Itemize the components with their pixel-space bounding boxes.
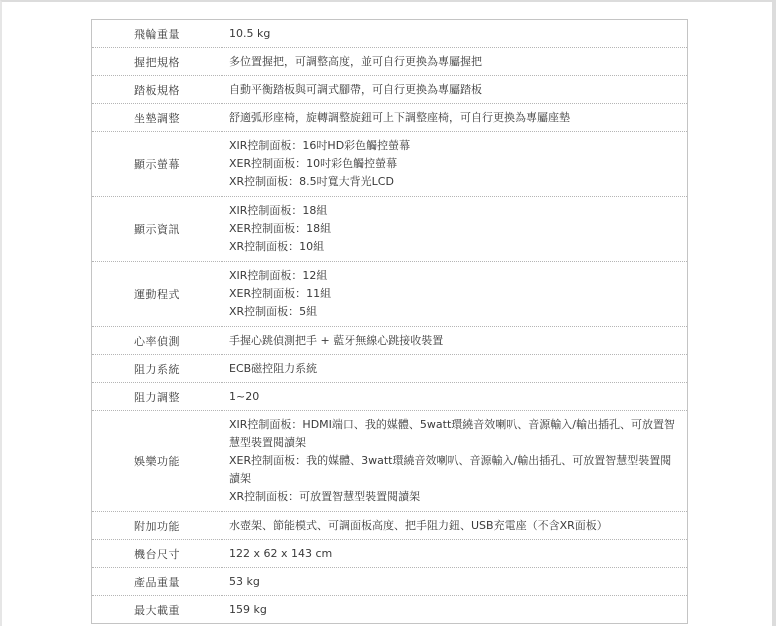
spec-value-line: XIR控制面板：16吋HD彩色觸控螢幕 (229, 137, 675, 155)
spec-value: 122 x 62 x 143 cm (222, 540, 688, 568)
spec-table: 飛輪重量 10.5 kg 握把規格 多位置握把，可調整高度，並可自行更換為專屬握… (91, 19, 688, 624)
spec-value-line: XIR控制面板：12組 (229, 267, 675, 285)
table-row-grip-spec: 握把規格 多位置握把，可調整高度，並可自行更換為專屬握把 (92, 48, 688, 76)
spec-label: 最大載重 (92, 596, 223, 624)
spec-label: 阻力系統 (92, 355, 223, 383)
spec-label: 機台尺寸 (92, 540, 223, 568)
spec-value-line: XER控制面板：18組 (229, 220, 675, 238)
spec-label: 踏板規格 (92, 76, 223, 104)
spec-label: 阻力調整 (92, 383, 223, 411)
spec-value-line: XR控制面板：5組 (229, 303, 675, 321)
spec-value: 1~20 (222, 383, 688, 411)
spec-value: 自動平衡踏板與可調式腳帶，可自行更換為專屬踏板 (222, 76, 688, 104)
table-row-product-weight: 產品重量 53 kg (92, 568, 688, 596)
spec-value-line: XER控制面板：10吋彩色觸控螢幕 (229, 155, 675, 173)
spec-value-line: 122 x 62 x 143 cm (229, 545, 675, 563)
spec-label: 顯示資訊 (92, 197, 223, 262)
spec-label: 顯示螢幕 (92, 132, 223, 197)
table-row-entertainment: 娛樂功能 XIR控制面板：HDMI端口、我的媒體、5watt環繞音效喇叭、音源輸… (92, 411, 688, 512)
table-row-pedal-spec: 踏板規格 自動平衡踏板與可調式腳帶，可自行更換為專屬踏板 (92, 76, 688, 104)
table-row-extra-features: 附加功能 水壺架、節能模式、可調面板高度、把手阻力鈕、USB充電座（不含XR面板… (92, 512, 688, 540)
spec-label: 附加功能 (92, 512, 223, 540)
spec-label: 飛輪重量 (92, 20, 223, 48)
table-row-display-screen: 顯示螢幕 XIR控制面板：16吋HD彩色觸控螢幕 XER控制面板：10吋彩色觸控… (92, 132, 688, 197)
table-row-dimensions: 機台尺寸 122 x 62 x 143 cm (92, 540, 688, 568)
spec-value-line: 水壺架、節能模式、可調面板高度、把手阻力鈕、USB充電座（不含XR面板） (229, 517, 675, 535)
spec-label: 運動程式 (92, 262, 223, 327)
spec-label: 坐墊調整 (92, 104, 223, 132)
spec-value-line: 手握心跳偵測把手 + 藍牙無線心跳接收裝置 (229, 332, 675, 350)
spec-value: XIR控制面板：HDMI端口、我的媒體、5watt環繞音效喇叭、音源輸入/輸出插… (222, 411, 688, 512)
spec-label: 心率偵測 (92, 327, 223, 355)
spec-value-line: 53 kg (229, 573, 675, 591)
spec-value-line: 159 kg (229, 601, 675, 619)
spec-value-line: 自動平衡踏板與可調式腳帶，可自行更換為專屬踏板 (229, 81, 675, 99)
spec-label: 產品重量 (92, 568, 223, 596)
spec-label: 握把規格 (92, 48, 223, 76)
spec-value-line: 1~20 (229, 388, 675, 406)
spec-value: XIR控制面板：16吋HD彩色觸控螢幕 XER控制面板：10吋彩色觸控螢幕 XR… (222, 132, 688, 197)
spec-value: 手握心跳偵測把手 + 藍牙無線心跳接收裝置 (222, 327, 688, 355)
spec-value: XIR控制面板：12組 XER控制面板：11組 XR控制面板：5組 (222, 262, 688, 327)
spec-value-line: ECB磁控阻力系統 (229, 360, 675, 378)
spec-value: 多位置握把，可調整高度，並可自行更換為專屬握把 (222, 48, 688, 76)
spec-value-line: XR控制面板：8.5吋寬大背光LCD (229, 173, 675, 191)
spec-value-line: XR控制面板：可放置智慧型裝置閱讀架 (229, 488, 675, 506)
spec-value-line: 舒適弧形座椅，旋轉調整旋鈕可上下調整座椅，可自行更換為專屬座墊 (229, 109, 675, 127)
table-row-flywheel-weight: 飛輪重量 10.5 kg (92, 20, 688, 48)
spec-value: ECB磁控阻力系統 (222, 355, 688, 383)
table-row-resistance-system: 阻力系統 ECB磁控阻力系統 (92, 355, 688, 383)
spec-value: XIR控制面板：18組 XER控制面板：18組 XR控制面板：10組 (222, 197, 688, 262)
spec-value-line: XER控制面板：11組 (229, 285, 675, 303)
table-row-workout-programs: 運動程式 XIR控制面板：12組 XER控制面板：11組 XR控制面板：5組 (92, 262, 688, 327)
spec-value-line: XIR控制面板：18組 (229, 202, 675, 220)
spec-label: 娛樂功能 (92, 411, 223, 512)
spec-value-line: 多位置握把，可調整高度，並可自行更換為專屬握把 (229, 53, 675, 71)
spec-value-line: XIR控制面板：HDMI端口、我的媒體、5watt環繞音效喇叭、音源輸入/輸出插… (229, 416, 675, 452)
table-row-display-info: 顯示資訊 XIR控制面板：18組 XER控制面板：18組 XR控制面板：10組 (92, 197, 688, 262)
spec-value: 10.5 kg (222, 20, 688, 48)
table-row-heart-rate: 心率偵測 手握心跳偵測把手 + 藍牙無線心跳接收裝置 (92, 327, 688, 355)
table-row-max-load: 最大載重 159 kg (92, 596, 688, 624)
spec-value-line: XR控制面板：10組 (229, 238, 675, 256)
spec-value: 53 kg (222, 568, 688, 596)
spec-value: 舒適弧形座椅，旋轉調整旋鈕可上下調整座椅，可自行更換為專屬座墊 (222, 104, 688, 132)
spec-value-line: 10.5 kg (229, 25, 675, 43)
spec-value: 水壺架、節能模式、可調面板高度、把手阻力鈕、USB充電座（不含XR面板） (222, 512, 688, 540)
spec-value: 159 kg (222, 596, 688, 624)
table-row-resistance-levels: 阻力調整 1~20 (92, 383, 688, 411)
spec-value-line: XER控制面板：我的媒體、3watt環繞音效喇叭、音源輸入/輸出插孔、可放置智慧… (229, 452, 675, 488)
table-row-seat-adjust: 坐墊調整 舒適弧形座椅，旋轉調整旋鈕可上下調整座椅，可自行更換為專屬座墊 (92, 104, 688, 132)
